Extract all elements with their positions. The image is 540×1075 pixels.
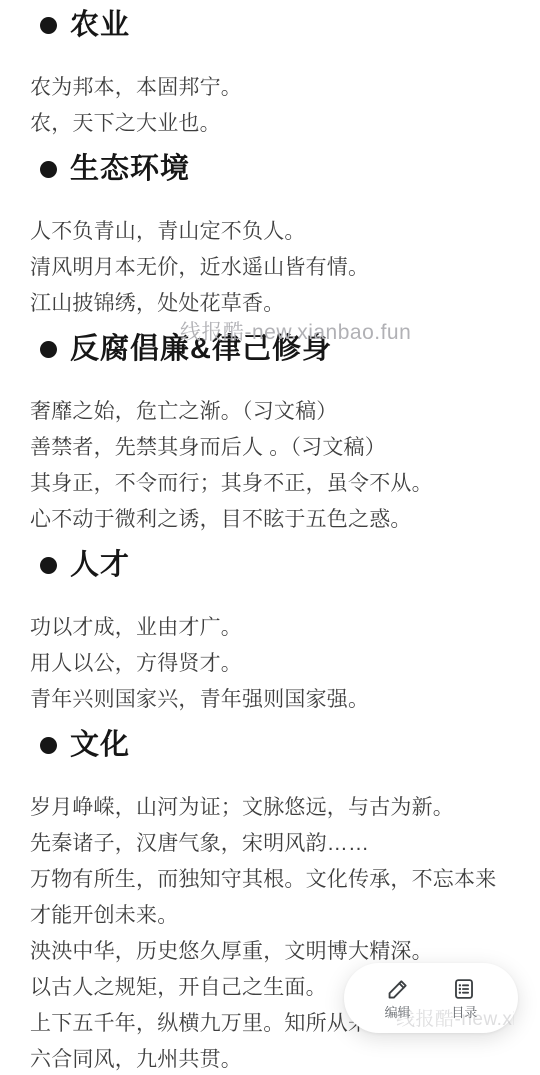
edit-button[interactable]: 编辑 (385, 976, 411, 1020)
document-content: 农业 农为邦本，本固邦宁。 农，天下之大业也。 生态环境 人不负青山，青山定不负… (0, 0, 540, 1075)
text-line: 万物有所生，而独知守其根。文化传承，不忘本来才能开创未来。 (30, 862, 514, 934)
text-line: 其身正，不令而行；其身不正，虽令不从。 (30, 466, 514, 502)
bullet-icon (40, 557, 57, 574)
section-title: 生态环境 (70, 150, 190, 188)
text-line: 先秦诸子，汉唐气象，宋明风韵…… (30, 826, 514, 862)
section-heading: 人才 (40, 546, 514, 584)
list-icon (451, 976, 477, 1002)
section-title: 农业 (70, 6, 130, 44)
text-line: 农，天下之大业也。 (30, 106, 514, 142)
section-title: 人才 (70, 546, 130, 584)
section-heading: 农业 (40, 6, 514, 44)
toc-button[interactable]: 目录 (451, 976, 477, 1020)
text-line: 心不动于微利之诱，目不眩于五色之惑。 (30, 502, 514, 538)
section-talent: 人才 功以才成，业由才广。 用人以公，方得贤才。 青年兴则国家兴，青年强则国家强… (30, 546, 514, 718)
section-anticorruption: 反腐倡廉&律己修身 奢靡之始，危亡之渐。（习文稿） 善禁者，先禁其身而后人 。（… (30, 330, 514, 538)
text-line: 农为邦本，本固邦宁。 (30, 70, 514, 106)
toc-label: 目录 (451, 1005, 477, 1020)
section-heading: 文化 (40, 726, 514, 764)
section-heading: 生态环境 (40, 150, 514, 188)
text-line: 用人以公，方得贤才。 (30, 646, 514, 682)
section-ecology: 生态环境 人不负青山，青山定不负人。 清风明月本无价，近水遥山皆有情。 江山披锦… (30, 150, 514, 322)
text-line: 清风明月本无价，近水遥山皆有情。 (30, 250, 514, 286)
text-line: 岁月峥嵘，山河为证；文脉悠远，与古为新。 (30, 790, 514, 826)
section-agriculture: 农业 农为邦本，本固邦宁。 农，天下之大业也。 (30, 6, 514, 142)
text-line: 江山披锦绣，处处花草香。 (30, 286, 514, 322)
text-line: 善禁者，先禁其身而后人 。（习文稿） (30, 430, 514, 466)
text-line: 功以才成，业由才广。 (30, 610, 514, 646)
bullet-icon (40, 161, 57, 178)
pencil-icon (385, 976, 411, 1002)
section-heading: 反腐倡廉&律己修身 (40, 330, 514, 368)
bullet-icon (40, 737, 57, 754)
floating-toolbar: 编辑 目录 (344, 963, 518, 1033)
edit-label: 编辑 (385, 1005, 411, 1020)
text-line: 六合同风，九州共贯。 (30, 1042, 514, 1075)
section-title: 反腐倡廉&律己修身 (70, 330, 332, 368)
text-line: 人不负青山，青山定不负人。 (30, 214, 514, 250)
bullet-icon (40, 341, 57, 358)
section-title: 文化 (70, 726, 130, 764)
text-line: 奢靡之始，危亡之渐。（习文稿） (30, 394, 514, 430)
bullet-icon (40, 17, 57, 34)
text-line: 青年兴则国家兴，青年强则国家强。 (30, 682, 514, 718)
